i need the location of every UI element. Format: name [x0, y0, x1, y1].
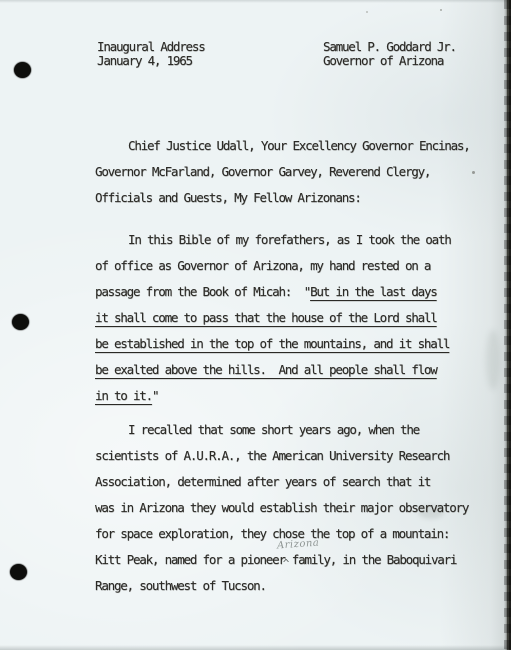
text-segment: Kitt Peak, named for a pioneer	[95, 552, 285, 567]
text-line: Chief Justice Udall, Your Excellency Gov…	[95, 133, 470, 159]
text-line: Association, determined after years of s…	[95, 469, 468, 495]
author-role: Governor of Arizona	[323, 54, 456, 68]
scanned-page: Inaugural Address January 4, 1965 Samuel…	[0, 0, 511, 650]
dust-speck	[366, 11, 368, 13]
header-left-block: Inaugural Address January 4, 1965	[97, 40, 205, 68]
text-line: Officials and Guests, My Fellow Arizonan…	[95, 185, 470, 211]
document-title: Inaugural Address	[97, 40, 205, 54]
header-right-block: Samuel P. Goddard Jr. Governor of Arizon…	[323, 40, 456, 68]
underlined-quote-segment: be exalted above the hills. And all peop…	[95, 362, 437, 377]
hole-punch-dot-bottom	[10, 564, 27, 580]
text-segment: passage from the Book of Micah: "	[95, 284, 310, 299]
text-line: passage from the Book of Micah: "But in …	[95, 279, 451, 305]
underlined-quote-segment: in to it.	[95, 388, 152, 403]
text-line: be exalted above the hills. And all peop…	[95, 357, 451, 383]
text-line: be established in the top of the mountai…	[95, 331, 451, 357]
dust-speck	[440, 9, 442, 11]
text-line: I recalled that some short years ago, wh…	[95, 417, 468, 443]
text-line: Range, southwest of Tucson.	[95, 573, 468, 599]
text-line: of office as Governor of Arizona, my han…	[95, 253, 451, 279]
text-line: scientists of A.U.R.A., the American Uni…	[95, 443, 468, 469]
text-segment: "	[152, 388, 158, 403]
text-line: in to it."	[95, 383, 451, 409]
paper-smudge	[486, 330, 500, 390]
text-line: Kitt Peak, named for a pioneerArizona^fa…	[95, 547, 468, 573]
document-date: January 4, 1965	[97, 54, 205, 68]
text-line: Governor McFarland, Governor Garvey, Rev…	[95, 159, 470, 185]
dust-speck	[472, 171, 475, 174]
author-name: Samuel P. Goddard Jr.	[323, 40, 456, 54]
text-line: was in Arizona they would establish thei…	[95, 495, 468, 521]
insertion-caret-mark: ^	[283, 551, 288, 577]
underlined-quote-segment: it shall come to pass that the house of …	[95, 310, 437, 325]
paragraph-salutation: Chief Justice Udall, Your Excellency Gov…	[95, 133, 470, 211]
handwritten-insertion: Arizona^	[285, 563, 292, 564]
paragraph-micah-quote: In this Bible of my forefathers, as I to…	[95, 227, 451, 409]
text-line: In this Bible of my forefathers, as I to…	[95, 227, 451, 253]
underlined-quote-segment: But in the last days	[310, 284, 437, 299]
hole-punch-dot-middle	[12, 314, 29, 330]
paragraph-kitt-peak: I recalled that some short years ago, wh…	[95, 417, 468, 599]
underlined-quote-segment: be established in the top of the mountai…	[95, 336, 449, 351]
hole-punch-dot-top	[14, 62, 31, 78]
scan-edge-shadow	[504, 0, 511, 650]
text-line: it shall come to pass that the house of …	[95, 305, 451, 331]
